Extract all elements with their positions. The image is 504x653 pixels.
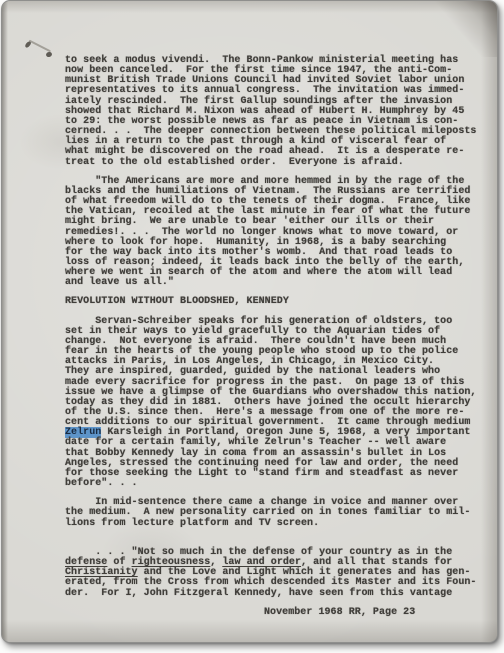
text-line: before". . . bbox=[65, 479, 497, 489]
text-line bbox=[65, 529, 497, 539]
ink-mark bbox=[45, 51, 52, 58]
page-photo-frame: to seek a modus vivendi. The Bonn-Pankow… bbox=[1, 0, 498, 643]
text-line: treat to the old established order. Ever… bbox=[65, 158, 497, 168]
page-corner-shadow bbox=[435, 1, 497, 57]
paragraph: "The Americans are more and more hemmed … bbox=[65, 177, 497, 289]
page-text: to seek a modus vivendi. The Bonn-Pankow… bbox=[65, 56, 497, 618]
paragraph: to seek a modus vivendi. The Bonn-Pankow… bbox=[65, 56, 497, 168]
text-segment: and leave us all." bbox=[65, 277, 174, 288]
text-line: lions from lecture platform and TV scree… bbox=[65, 519, 497, 529]
text-line: and leave us all." bbox=[65, 278, 497, 288]
text-segment: treat to the old established order. Ever… bbox=[65, 157, 404, 168]
text-line: der. For I, John Fitzgeral Kennedy, have… bbox=[65, 589, 497, 599]
scanned-document-page: to seek a modus vivendi. The Bonn-Pankow… bbox=[0, 0, 504, 653]
text-segment: der. For I, John Fitzgeral Kennedy, have… bbox=[65, 588, 452, 599]
paragraph: In mid-sentence there came a change in v… bbox=[65, 498, 497, 539]
paper-surface: to seek a modus vivendi. The Bonn-Pankow… bbox=[2, 1, 497, 642]
text-segment: before". . . bbox=[65, 478, 138, 489]
section-heading: REVOLUTION WITHOUT BLOODSHED, KENNEDY bbox=[65, 297, 497, 307]
paragraph: Servan-Schreiber speaks for his generati… bbox=[65, 317, 497, 490]
page-footer: November 1968 RR, Page 23 bbox=[65, 608, 497, 618]
paragraph: . . . "Not so much in the defense of you… bbox=[65, 548, 497, 599]
text-segment: lions from lecture platform and TV scree… bbox=[65, 518, 319, 529]
scratch-mark bbox=[29, 40, 51, 52]
